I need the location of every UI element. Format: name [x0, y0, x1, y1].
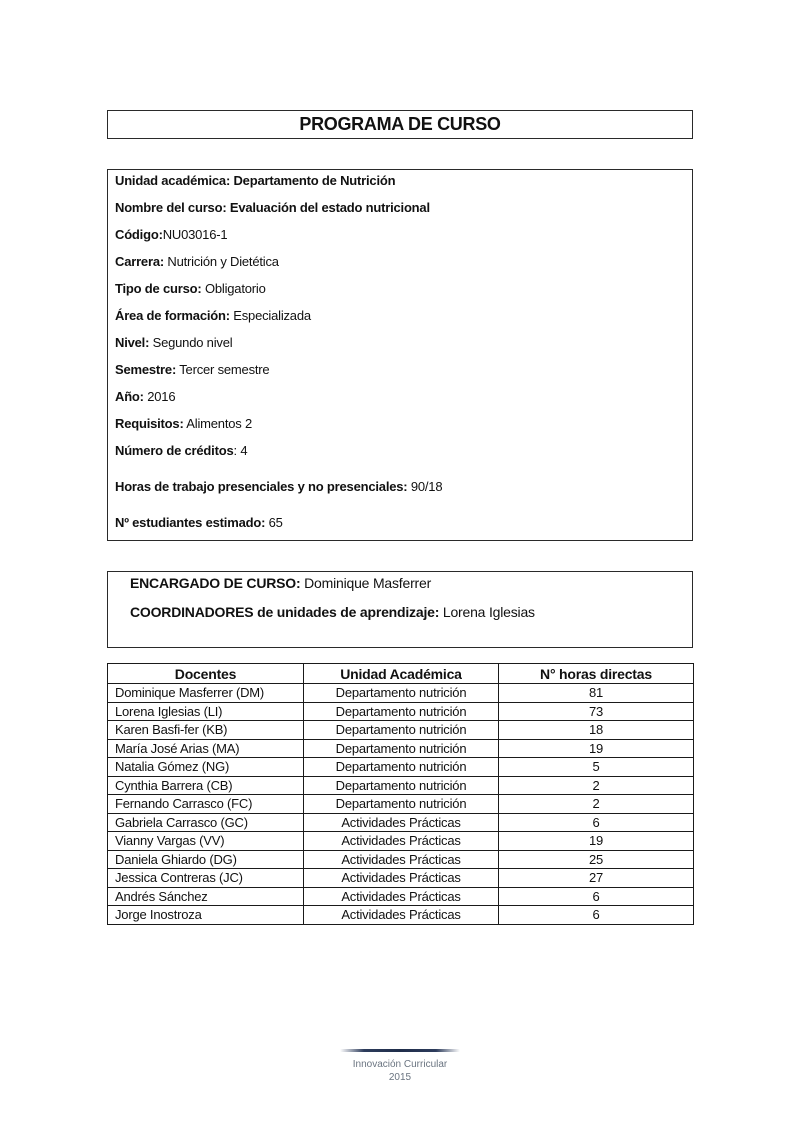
tipo-curso-value: Obligatorio	[202, 281, 266, 296]
cell-unidad-academica: Actividades Prácticas	[304, 869, 499, 888]
cell-unidad-academica: Actividades Prácticas	[304, 887, 499, 906]
cell-unidad-academica: Departamento nutrición	[304, 684, 499, 703]
cell-docente: Gabriela Carrasco (GC)	[108, 813, 304, 832]
encargado-value: Dominique Masferrer	[300, 575, 431, 591]
semestre-value: Tercer semestre	[176, 362, 269, 377]
cell-docente: Natalia Gómez (NG)	[108, 758, 304, 777]
unidad-academica-text: Unidad académica: Departamento de Nutric…	[115, 173, 395, 188]
table-row: Fernando Carrasco (FC)Departamento nutri…	[108, 795, 694, 814]
cell-docente: Dominique Masferrer (DM)	[108, 684, 304, 703]
cell-horas-directas: 2	[499, 795, 694, 814]
cell-unidad-academica: Actividades Prácticas	[304, 813, 499, 832]
staff-box: ENCARGADO DE CURSO: Dominique Masferrer …	[107, 571, 693, 648]
codigo-value: NU03016-1	[163, 227, 228, 242]
cell-docente: Cynthia Barrera (CB)	[108, 776, 304, 795]
cell-horas-directas: 73	[499, 702, 694, 721]
cell-unidad-academica: Departamento nutrición	[304, 776, 499, 795]
cell-horas-directas: 19	[499, 832, 694, 851]
requisitos: Requisitos: Alimentos 2	[115, 416, 252, 431]
table-row: Andrés SánchezActividades Prácticas6	[108, 887, 694, 906]
cell-horas-directas: 6	[499, 813, 694, 832]
cell-docente: Fernando Carrasco (FC)	[108, 795, 304, 814]
cell-horas-directas: 27	[499, 869, 694, 888]
numero-creditos-value: : 4	[234, 443, 248, 458]
cell-unidad-academica: Departamento nutrición	[304, 758, 499, 777]
header-docentes: Docentes	[108, 664, 304, 684]
table-row: Cynthia Barrera (CB)Departamento nutrici…	[108, 776, 694, 795]
nivel-value: Segundo nivel	[149, 335, 232, 350]
page-title: PROGRAMA DE CURSO	[299, 114, 500, 135]
table-row: Lorena Iglesias (LI)Departamento nutrici…	[108, 702, 694, 721]
cell-unidad-academica: Actividades Prácticas	[304, 906, 499, 925]
estudiantes-estimado: Nº estudiantes estimado: 65	[115, 515, 283, 530]
table-header-row: Docentes Unidad Académica N° horas direc…	[108, 664, 694, 684]
table-row: Vianny Vargas (VV)Actividades Prácticas1…	[108, 832, 694, 851]
cell-horas-directas: 5	[499, 758, 694, 777]
codigo: Código:NU03016-1	[115, 227, 227, 242]
cell-docente: Andrés Sánchez	[108, 887, 304, 906]
numero-creditos-label: Número de créditos	[115, 443, 234, 458]
cell-docente: Jorge Inostroza	[108, 906, 304, 925]
unidad-academica: Unidad académica: Departamento de Nutric…	[115, 173, 395, 188]
footer-line-1: Innovación Curricular	[340, 1058, 460, 1071]
coordinadores-value: Lorena Iglesias	[439, 604, 535, 620]
cell-horas-directas: 6	[499, 906, 694, 925]
cell-docente: Daniela Ghiardo (DG)	[108, 850, 304, 869]
semestre: Semestre: Tercer semestre	[115, 362, 269, 377]
nombre-curso-text: Nombre del curso: Evaluación del estado …	[115, 200, 430, 215]
estudiantes-estimado-value: 65	[265, 515, 282, 530]
cell-unidad-academica: Actividades Prácticas	[304, 832, 499, 851]
codigo-label: Código:	[115, 227, 163, 242]
table-row: María José Arias (MA)Departamento nutric…	[108, 739, 694, 758]
cell-docente: Lorena Iglesias (LI)	[108, 702, 304, 721]
title-box: PROGRAMA DE CURSO	[107, 110, 693, 139]
anio: Año: 2016	[115, 389, 175, 404]
area-formacion-label: Área de formación:	[115, 308, 230, 323]
carrera-label: Carrera:	[115, 254, 164, 269]
estudiantes-estimado-label: Nº estudiantes estimado:	[115, 515, 265, 530]
cell-horas-directas: 2	[499, 776, 694, 795]
coordinadores-label: COORDINADORES de unidades de aprendizaje…	[130, 604, 439, 620]
table-body: Dominique Masferrer (DM)Departamento nut…	[108, 684, 694, 925]
tipo-curso: Tipo de curso: Obligatorio	[115, 281, 266, 296]
area-formacion: Área de formación: Especializada	[115, 308, 311, 323]
cell-horas-directas: 25	[499, 850, 694, 869]
cell-docente: Jessica Contreras (JC)	[108, 869, 304, 888]
area-formacion-value: Especializada	[230, 308, 311, 323]
cell-horas-directas: 19	[499, 739, 694, 758]
requisitos-label: Requisitos:	[115, 416, 184, 431]
anio-value: 2016	[144, 389, 176, 404]
semestre-label: Semestre:	[115, 362, 176, 377]
cell-unidad-academica: Departamento nutrición	[304, 702, 499, 721]
header-horas-directas: N° horas directas	[499, 664, 694, 684]
horas-trabajo-label: Horas de trabajo presenciales y no prese…	[115, 479, 407, 494]
footer-rule	[340, 1049, 460, 1052]
encargado-label: ENCARGADO DE CURSO:	[130, 575, 300, 591]
footer-logo: Innovación Curricular 2015	[340, 1049, 460, 1084]
anio-label: Año:	[115, 389, 144, 404]
footer-line-2: 2015	[340, 1071, 460, 1084]
nivel-label: Nivel:	[115, 335, 149, 350]
cell-docente: Vianny Vargas (VV)	[108, 832, 304, 851]
cell-unidad-academica: Actividades Prácticas	[304, 850, 499, 869]
table-row: Natalia Gómez (NG)Departamento nutrición…	[108, 758, 694, 777]
coordinadores: COORDINADORES de unidades de aprendizaje…	[130, 604, 535, 620]
carrera-value: Nutrición y Dietética	[164, 254, 279, 269]
table-row: Karen Basfi-fer (KB)Departamento nutrici…	[108, 721, 694, 740]
horas-trabajo: Horas de trabajo presenciales y no prese…	[115, 479, 442, 494]
cell-unidad-academica: Departamento nutrición	[304, 739, 499, 758]
table-row: Dominique Masferrer (DM)Departamento nut…	[108, 684, 694, 703]
table-row: Daniela Ghiardo (DG)Actividades Práctica…	[108, 850, 694, 869]
horas-trabajo-value: 90/18	[407, 479, 442, 494]
course-info-box: Unidad académica: Departamento de Nutric…	[107, 169, 693, 541]
cell-docente: Karen Basfi-fer (KB)	[108, 721, 304, 740]
cell-horas-directas: 18	[499, 721, 694, 740]
cell-unidad-academica: Departamento nutrición	[304, 721, 499, 740]
table-row: Jorge InostrozaActividades Prácticas6	[108, 906, 694, 925]
numero-creditos: Número de créditos: 4	[115, 443, 247, 458]
nombre-curso: Nombre del curso: Evaluación del estado …	[115, 200, 430, 215]
tipo-curso-label: Tipo de curso:	[115, 281, 202, 296]
docentes-table: Docentes Unidad Académica N° horas direc…	[107, 663, 694, 925]
cell-unidad-academica: Departamento nutrición	[304, 795, 499, 814]
cell-docente: María José Arias (MA)	[108, 739, 304, 758]
requisitos-value: Alimentos 2	[184, 416, 252, 431]
encargado-curso: ENCARGADO DE CURSO: Dominique Masferrer	[130, 575, 431, 591]
carrera: Carrera: Nutrición y Dietética	[115, 254, 279, 269]
table-row: Gabriela Carrasco (GC)Actividades Prácti…	[108, 813, 694, 832]
table-row: Jessica Contreras (JC)Actividades Prácti…	[108, 869, 694, 888]
nivel: Nivel: Segundo nivel	[115, 335, 232, 350]
header-unidad-academica: Unidad Académica	[304, 664, 499, 684]
cell-horas-directas: 81	[499, 684, 694, 703]
cell-horas-directas: 6	[499, 887, 694, 906]
